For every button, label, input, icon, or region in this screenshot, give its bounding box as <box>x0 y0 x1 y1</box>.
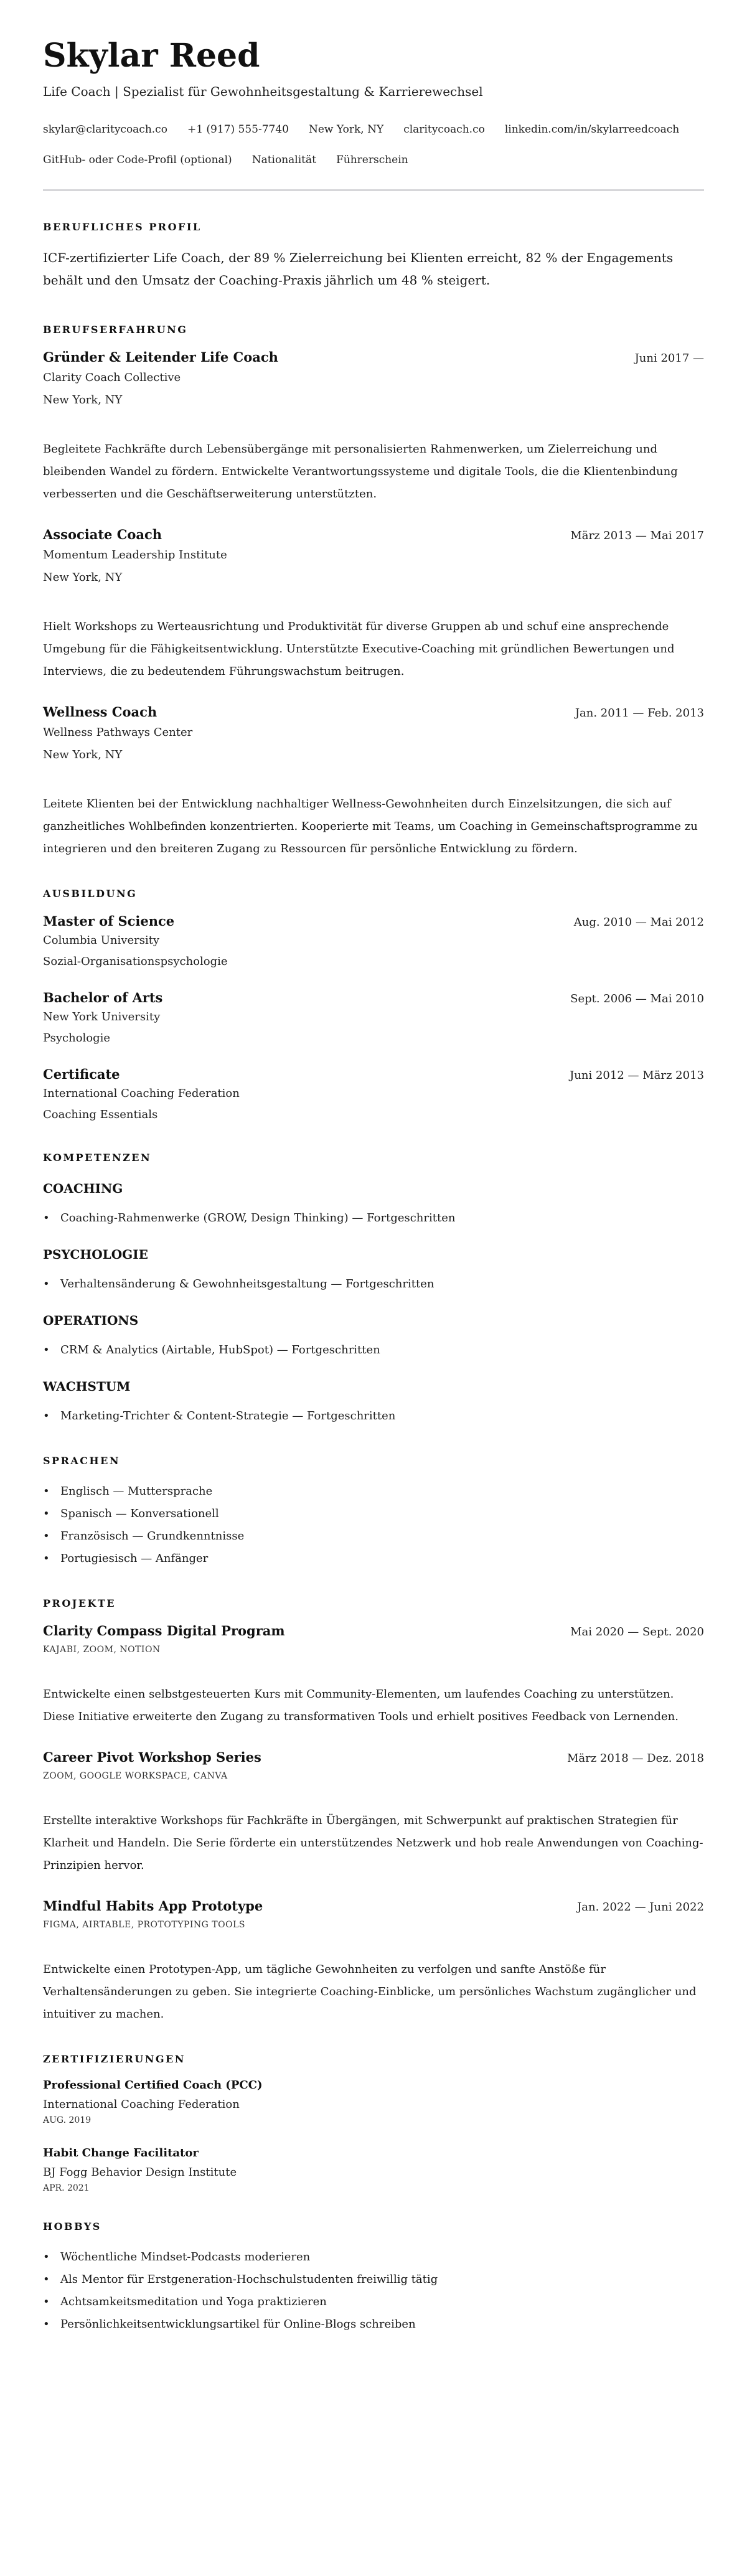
project-date: Mai 2020 — Sept. 2020 <box>570 1625 704 1638</box>
skill-item: Coaching-Rahmenwerke (GROW, Design Think… <box>43 1207 704 1229</box>
contact-nationality: Nationalität <box>252 145 316 176</box>
section-title-projects: Projekte <box>43 1597 704 1609</box>
job-title: Wellness Coach <box>43 704 157 720</box>
experience-entry: Wellness Coach Jan. 2011 — Feb. 2013 Wel… <box>43 704 704 860</box>
certification-entry: Habit Change Facilitator BJ Fogg Behavio… <box>43 2146 704 2193</box>
language-item: Spanisch — Konversationell <box>43 1503 704 1525</box>
skill-item: Verhaltensänderung & Gewohnheitsgestaltu… <box>43 1273 704 1295</box>
experience-entry: Gründer & Leitender Life Coach Juni 2017… <box>43 349 704 505</box>
resume-page: Skylar Reed Life Coach | Spezialist für … <box>0 0 747 2388</box>
contact-list: skylar@claritycoach.co +1 (917) 555-7740… <box>43 115 704 176</box>
degree-field: Psychologie <box>43 1029 704 1048</box>
job-description: Hielt Workshops zu Werteausrichtung und … <box>43 616 704 683</box>
project-name: Clarity Compass Digital Program <box>43 1623 285 1638</box>
resume-header: Skylar Reed Life Coach | Spezialist für … <box>43 36 704 176</box>
skill-list: Marketing-Trichter & Content-Strategie —… <box>43 1405 704 1427</box>
section-title-skills: Kompetenzen <box>43 1152 704 1163</box>
degree-date: Juni 2012 — März 2013 <box>570 1069 704 1082</box>
project-entry: Mindful Habits App Prototype Jan. 2022 —… <box>43 1898 704 2026</box>
profile-section: Berufliches Profil ICF-zertifizierter Li… <box>43 221 704 291</box>
education-entry: Master of Science Aug. 2010 — Mai 2012 C… <box>43 913 704 971</box>
degree-title: Bachelor of Arts <box>43 990 162 1005</box>
hobby-item: Wöchentliche Mindset-Podcasts moderieren <box>43 2246 704 2268</box>
job-company: Momentum Leadership Institute <box>43 546 704 565</box>
project-description: Erstellte interaktive Workshops für Fach… <box>43 1810 704 1877</box>
projects-section: Projekte Clarity Compass Digital Program… <box>43 1597 704 2026</box>
project-tech: Zoom, Google Workspace, Canva <box>43 1771 704 1781</box>
education-entry: Bachelor of Arts Sept. 2006 — Mai 2010 N… <box>43 990 704 1048</box>
job-location: New York, NY <box>43 568 704 587</box>
skill-item: Marketing-Trichter & Content-Strategie —… <box>43 1405 704 1427</box>
project-name: Mindful Habits App Prototype <box>43 1898 263 1914</box>
job-date: Jan. 2011 — Feb. 2013 <box>575 707 704 720</box>
skills-section: Kompetenzen Coaching Coaching-Rahmenwerk… <box>43 1152 704 1427</box>
languages-section: Sprachen Englisch — Muttersprache Spanis… <box>43 1455 704 1570</box>
language-list: Englisch — Muttersprache Spanisch — Konv… <box>43 1480 704 1570</box>
job-date: März 2013 — Mai 2017 <box>570 529 704 542</box>
project-entry: Career Pivot Workshop Series März 2018 —… <box>43 1749 704 1877</box>
candidate-tagline: Life Coach | Spezialist für Gewohnheitsg… <box>43 82 704 101</box>
degree-field: Sozial-Organisationspsychologie <box>43 952 704 971</box>
degree-date: Sept. 2006 — Mai 2010 <box>570 992 704 1005</box>
contact-email-link[interactable]: skylar@claritycoach.co <box>43 115 167 145</box>
skill-category: Wachstum <box>43 1379 704 1394</box>
job-description: Begleitete Fachkräfte durch Lebensübergä… <box>43 438 704 505</box>
certification-name: Professional Certified Coach (PCC) <box>43 2079 704 2092</box>
skill-category: Coaching <box>43 1181 704 1196</box>
section-title-experience: Berufserfahrung <box>43 324 704 336</box>
education-section: Ausbildung Master of Science Aug. 2010 —… <box>43 888 704 1124</box>
job-date: Juni 2017 — <box>635 352 704 365</box>
project-description: Entwickelte einen selbstgesteuerten Kurs… <box>43 1683 704 1728</box>
candidate-name: Skylar Reed <box>43 36 704 76</box>
hobby-item: Persönlichkeitsentwicklungsartikel für O… <box>43 2313 704 2336</box>
project-date: März 2018 — Dez. 2018 <box>567 1752 704 1765</box>
certification-name: Habit Change Facilitator <box>43 2146 704 2160</box>
degree-title: Certificate <box>43 1066 120 1082</box>
project-entry: Clarity Compass Digital Program Mai 2020… <box>43 1623 704 1728</box>
hobbies-section: Hobbys Wöchentliche Mindset-Podcasts mod… <box>43 2221 704 2336</box>
education-entry: Certificate Juni 2012 — März 2013 Intern… <box>43 1066 704 1124</box>
experience-section: Berufserfahrung Gründer & Leitender Life… <box>43 324 704 860</box>
contact-github: GitHub- oder Code-Profil (optional) <box>43 145 232 176</box>
certification-issuer: International Coaching Federation <box>43 2095 704 2114</box>
profile-summary: ICF-zertifizierter Life Coach, der 89 % … <box>43 247 704 291</box>
degree-school: Columbia University <box>43 931 704 950</box>
contact-website-link[interactable]: claritycoach.co <box>403 115 485 145</box>
job-company: Clarity Coach Collective <box>43 369 704 387</box>
project-date: Jan. 2022 — Juni 2022 <box>577 1901 704 1914</box>
contact-linkedin-link[interactable]: linkedin.com/in/skylarreedcoach <box>505 115 679 145</box>
degree-title: Master of Science <box>43 913 174 929</box>
contact-license: Führerschein <box>336 145 408 176</box>
certification-issuer: BJ Fogg Behavior Design Institute <box>43 2163 704 2182</box>
skill-category: Operations <box>43 1313 704 1328</box>
job-location: New York, NY <box>43 391 704 410</box>
job-location: New York, NY <box>43 746 704 764</box>
project-name: Career Pivot Workshop Series <box>43 1749 261 1765</box>
experience-entry: Associate Coach März 2013 — Mai 2017 Mom… <box>43 527 704 683</box>
language-item: Französisch — Grundkenntnisse <box>43 1525 704 1548</box>
degree-school: International Coaching Federation <box>43 1084 704 1103</box>
project-description: Entwickelte einen Prototypen-App, um täg… <box>43 1958 704 2026</box>
hobby-item: Achtsamkeitsmeditation und Yoga praktizi… <box>43 2291 704 2313</box>
skill-list: Coaching-Rahmenwerke (GROW, Design Think… <box>43 1207 704 1229</box>
hobby-item: Als Mentor für Erstgeneration-Hochschuls… <box>43 2268 704 2291</box>
degree-field: Coaching Essentials <box>43 1106 704 1124</box>
language-item: Englisch — Muttersprache <box>43 1480 704 1503</box>
degree-date: Aug. 2010 — Mai 2012 <box>574 916 704 929</box>
project-tech: Figma, Airtable, Prototyping Tools <box>43 1920 704 1930</box>
certification-date: Aug. 2019 <box>43 2115 704 2125</box>
certification-entry: Professional Certified Coach (PCC) Inter… <box>43 2079 704 2125</box>
section-title-profile: Berufliches Profil <box>43 221 704 233</box>
degree-school: New York University <box>43 1008 704 1027</box>
section-title-hobbies: Hobbys <box>43 2221 704 2232</box>
section-title-certifications: Zertifizierungen <box>43 2053 704 2065</box>
skill-list: CRM & Analytics (Airtable, HubSpot) — Fo… <box>43 1339 704 1361</box>
certification-date: Apr. 2021 <box>43 2183 704 2193</box>
contact-phone: +1 (917) 555-7740 <box>187 115 289 145</box>
header-divider <box>43 189 704 191</box>
hobby-list: Wöchentliche Mindset-Podcasts moderieren… <box>43 2246 704 2336</box>
skill-category: Psychologie <box>43 1247 704 1262</box>
job-description: Leitete Klienten bei der Entwicklung nac… <box>43 793 704 860</box>
project-tech: Kajabi, Zoom, Notion <box>43 1645 704 1655</box>
job-title: Gründer & Leitender Life Coach <box>43 349 278 365</box>
skill-item: CRM & Analytics (Airtable, HubSpot) — Fo… <box>43 1339 704 1361</box>
job-company: Wellness Pathways Center <box>43 723 704 742</box>
certifications-section: Zertifizierungen Professional Certified … <box>43 2053 704 2193</box>
section-title-languages: Sprachen <box>43 1455 704 1467</box>
section-title-education: Ausbildung <box>43 888 704 900</box>
contact-location: New York, NY <box>309 115 383 145</box>
language-item: Portugiesisch — Anfänger <box>43 1548 704 1570</box>
job-title: Associate Coach <box>43 527 162 542</box>
skill-list: Verhaltensänderung & Gewohnheitsgestaltu… <box>43 1273 704 1295</box>
